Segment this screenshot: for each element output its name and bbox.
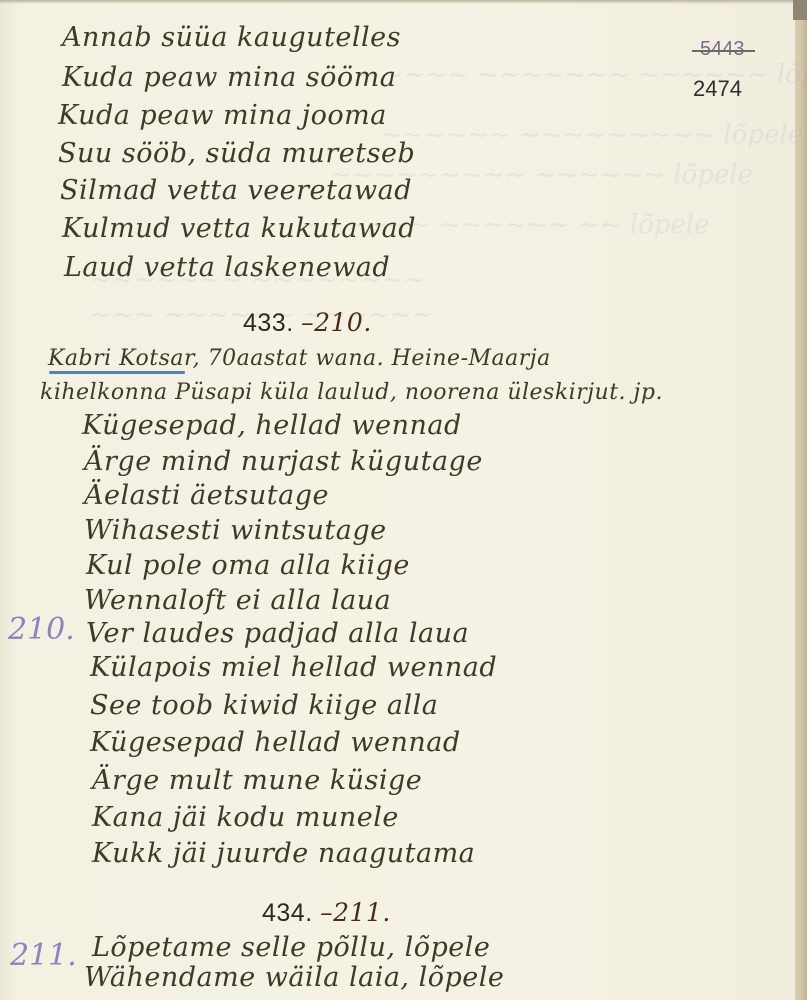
verse-line: See toob kiwid kiige alla xyxy=(90,690,438,721)
verse-line: Kukk jäi juurde naagutama xyxy=(92,838,475,869)
verse-line: Äelasti äetsutage xyxy=(84,480,329,511)
informant-name: Kabri Kotsar, xyxy=(48,346,200,371)
page-corner-shadow xyxy=(793,0,807,20)
verse-line: Silmad vetta veeretawad xyxy=(60,175,412,206)
informant-line-2: kihelkonna Püsapi küla laulud, noorena ü… xyxy=(40,380,663,405)
verse-line: Ärge mind nurjast kügutage xyxy=(84,446,483,477)
verse-line: Kul pole oma alla kiige xyxy=(86,550,410,581)
strikethrough xyxy=(692,50,755,52)
verse-line: Ver laudes padjad alla laua xyxy=(86,618,469,649)
informant-line-1: Kabri Kotsar, 70aastat wana. Heine-Maarj… xyxy=(48,346,551,371)
verse-line: Kulmud vetta kukutawad xyxy=(62,213,416,244)
archive-number: 2474 xyxy=(693,76,742,102)
old-archive-number-text: 5443 xyxy=(700,38,745,60)
informant-details: 70aastat wana. Heine-Maarja xyxy=(208,346,551,371)
verse-line: Wennaloft ei alla laua xyxy=(84,585,391,616)
verse-line: Annab süüa kaugutelles xyxy=(62,22,401,53)
verse-line: Wihasesti wintsutage xyxy=(84,515,387,546)
blue-underline xyxy=(49,371,185,374)
song-number: 433. xyxy=(243,309,294,337)
collection-number: –211. xyxy=(320,898,391,927)
page-top-shadow xyxy=(0,0,807,4)
verse-line: Laud vetta laskenewad xyxy=(64,252,390,283)
verse-line: Kuda peaw mina sööma xyxy=(62,62,396,93)
page-right-edge xyxy=(795,0,807,1000)
song-heading: 434. –211. xyxy=(262,898,391,928)
verse-line: Kügesepad hellad wennad xyxy=(90,727,461,758)
verse-line: Kana jäi kodu munele xyxy=(92,802,399,833)
verse-line: Kuda peaw mina jooma xyxy=(58,100,387,131)
margin-number: 211. xyxy=(10,938,77,973)
verse-line: Ärge mult mune küsige xyxy=(92,765,422,796)
margin-number: 210. xyxy=(8,612,75,647)
verse-line: Lõpetame selle põllu, lõpele xyxy=(92,932,490,963)
verse-line: Wähendame wäila laia, lõpele xyxy=(84,962,504,993)
verse-line: Külapois miel hellad wennad xyxy=(90,652,497,683)
song-heading: 433. –210. xyxy=(243,308,372,338)
collection-number: –210. xyxy=(301,308,372,337)
song-number: 434. xyxy=(262,899,313,927)
verse-line: Suu sööb, süda muretseb xyxy=(58,138,415,169)
verse-line: Kügesepad, hellad wennad xyxy=(82,410,462,441)
old-archive-number: 5443 xyxy=(700,38,745,61)
